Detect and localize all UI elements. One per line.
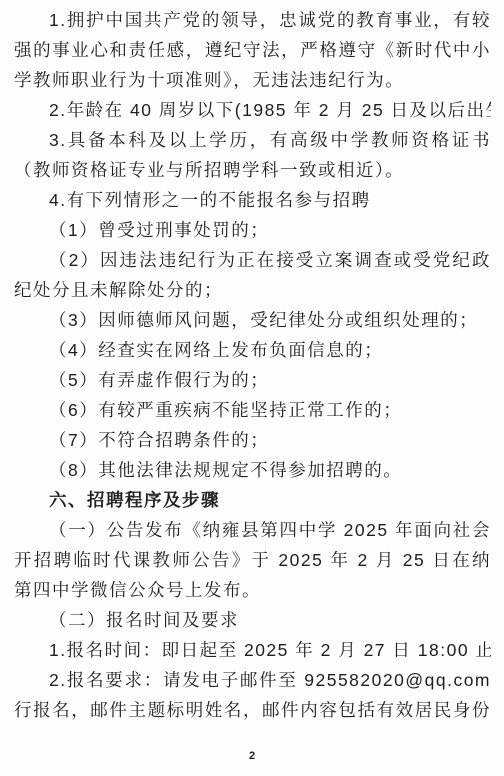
text-line: 开招聘临时代课教师公告》于 2025 年 2 月 25 日在纳雍县	[14, 545, 491, 575]
document-page: 1.拥护中国共产党的领导，忠诚党的教育事业，有较强的事业心和责任感，遵纪守法，严…	[0, 0, 504, 776]
page-number: 2	[0, 750, 504, 762]
text-line: （4）经查实在网络上发布负面信息的；	[14, 335, 491, 365]
text-line: （5）有弄虚作假行为的；	[14, 365, 491, 395]
text-line: 学教师职业行为十项准则》，无违法违纪行为。	[14, 65, 491, 95]
text-line: 1.报名时间：即日起至 2025 年 2 月 27 日 18:00 止。	[14, 635, 491, 665]
text-line: （二）报名时间及要求	[14, 605, 491, 635]
text-line: 纪处分且未解除处分的；	[14, 275, 491, 305]
text-line: （8）其他法律法规规定不得参加招聘的。	[14, 455, 491, 485]
text-line: 第四中学微信公众号上发布。	[14, 575, 491, 605]
text-line: 六、招聘程序及步骤	[14, 485, 491, 515]
text-line: 2.年龄在 40 周岁以下(1985 年 2 月 25 日及以后出生)。	[14, 95, 491, 125]
text-line: 1.拥护中国共产党的领导，忠诚党的教育事业，有较	[14, 5, 491, 35]
document-body: 1.拥护中国共产党的领导，忠诚党的教育事业，有较强的事业心和责任感，遵纪守法，严…	[14, 5, 491, 725]
text-line: （6）有较严重疾病不能坚持正常工作的；	[14, 395, 491, 425]
text-line: （教师资格证专业与所招聘学科一致或相近）。	[14, 155, 491, 185]
text-line: （7）不符合招聘条件的；	[14, 425, 491, 455]
text-line: （2）因违法违纪行为正在接受立案调查或受党纪政	[14, 245, 491, 275]
text-line: 强的事业心和责任感，遵纪守法，严格遵守《新时代中小	[14, 35, 491, 65]
text-line: 4.有下列情形之一的不能报名参与招聘	[14, 185, 491, 215]
text-line: 2.报名要求：请发电子邮件至 925582020@qq.com 进	[14, 665, 491, 695]
text-line: （1）曾受过刑事处罚的；	[14, 215, 491, 245]
text-line: （3）因师德师风问题，受纪律处分或组织处理的；	[14, 305, 491, 335]
text-line: （一）公告发布《纳雍县第四中学 2025 年面向社会公	[14, 515, 491, 545]
text-line: 3.具备本科及以上学历，有高级中学教师资格证书	[14, 125, 491, 155]
text-line: 行报名，邮件主题标明姓名，邮件内容包括有效居民身份	[14, 695, 491, 725]
